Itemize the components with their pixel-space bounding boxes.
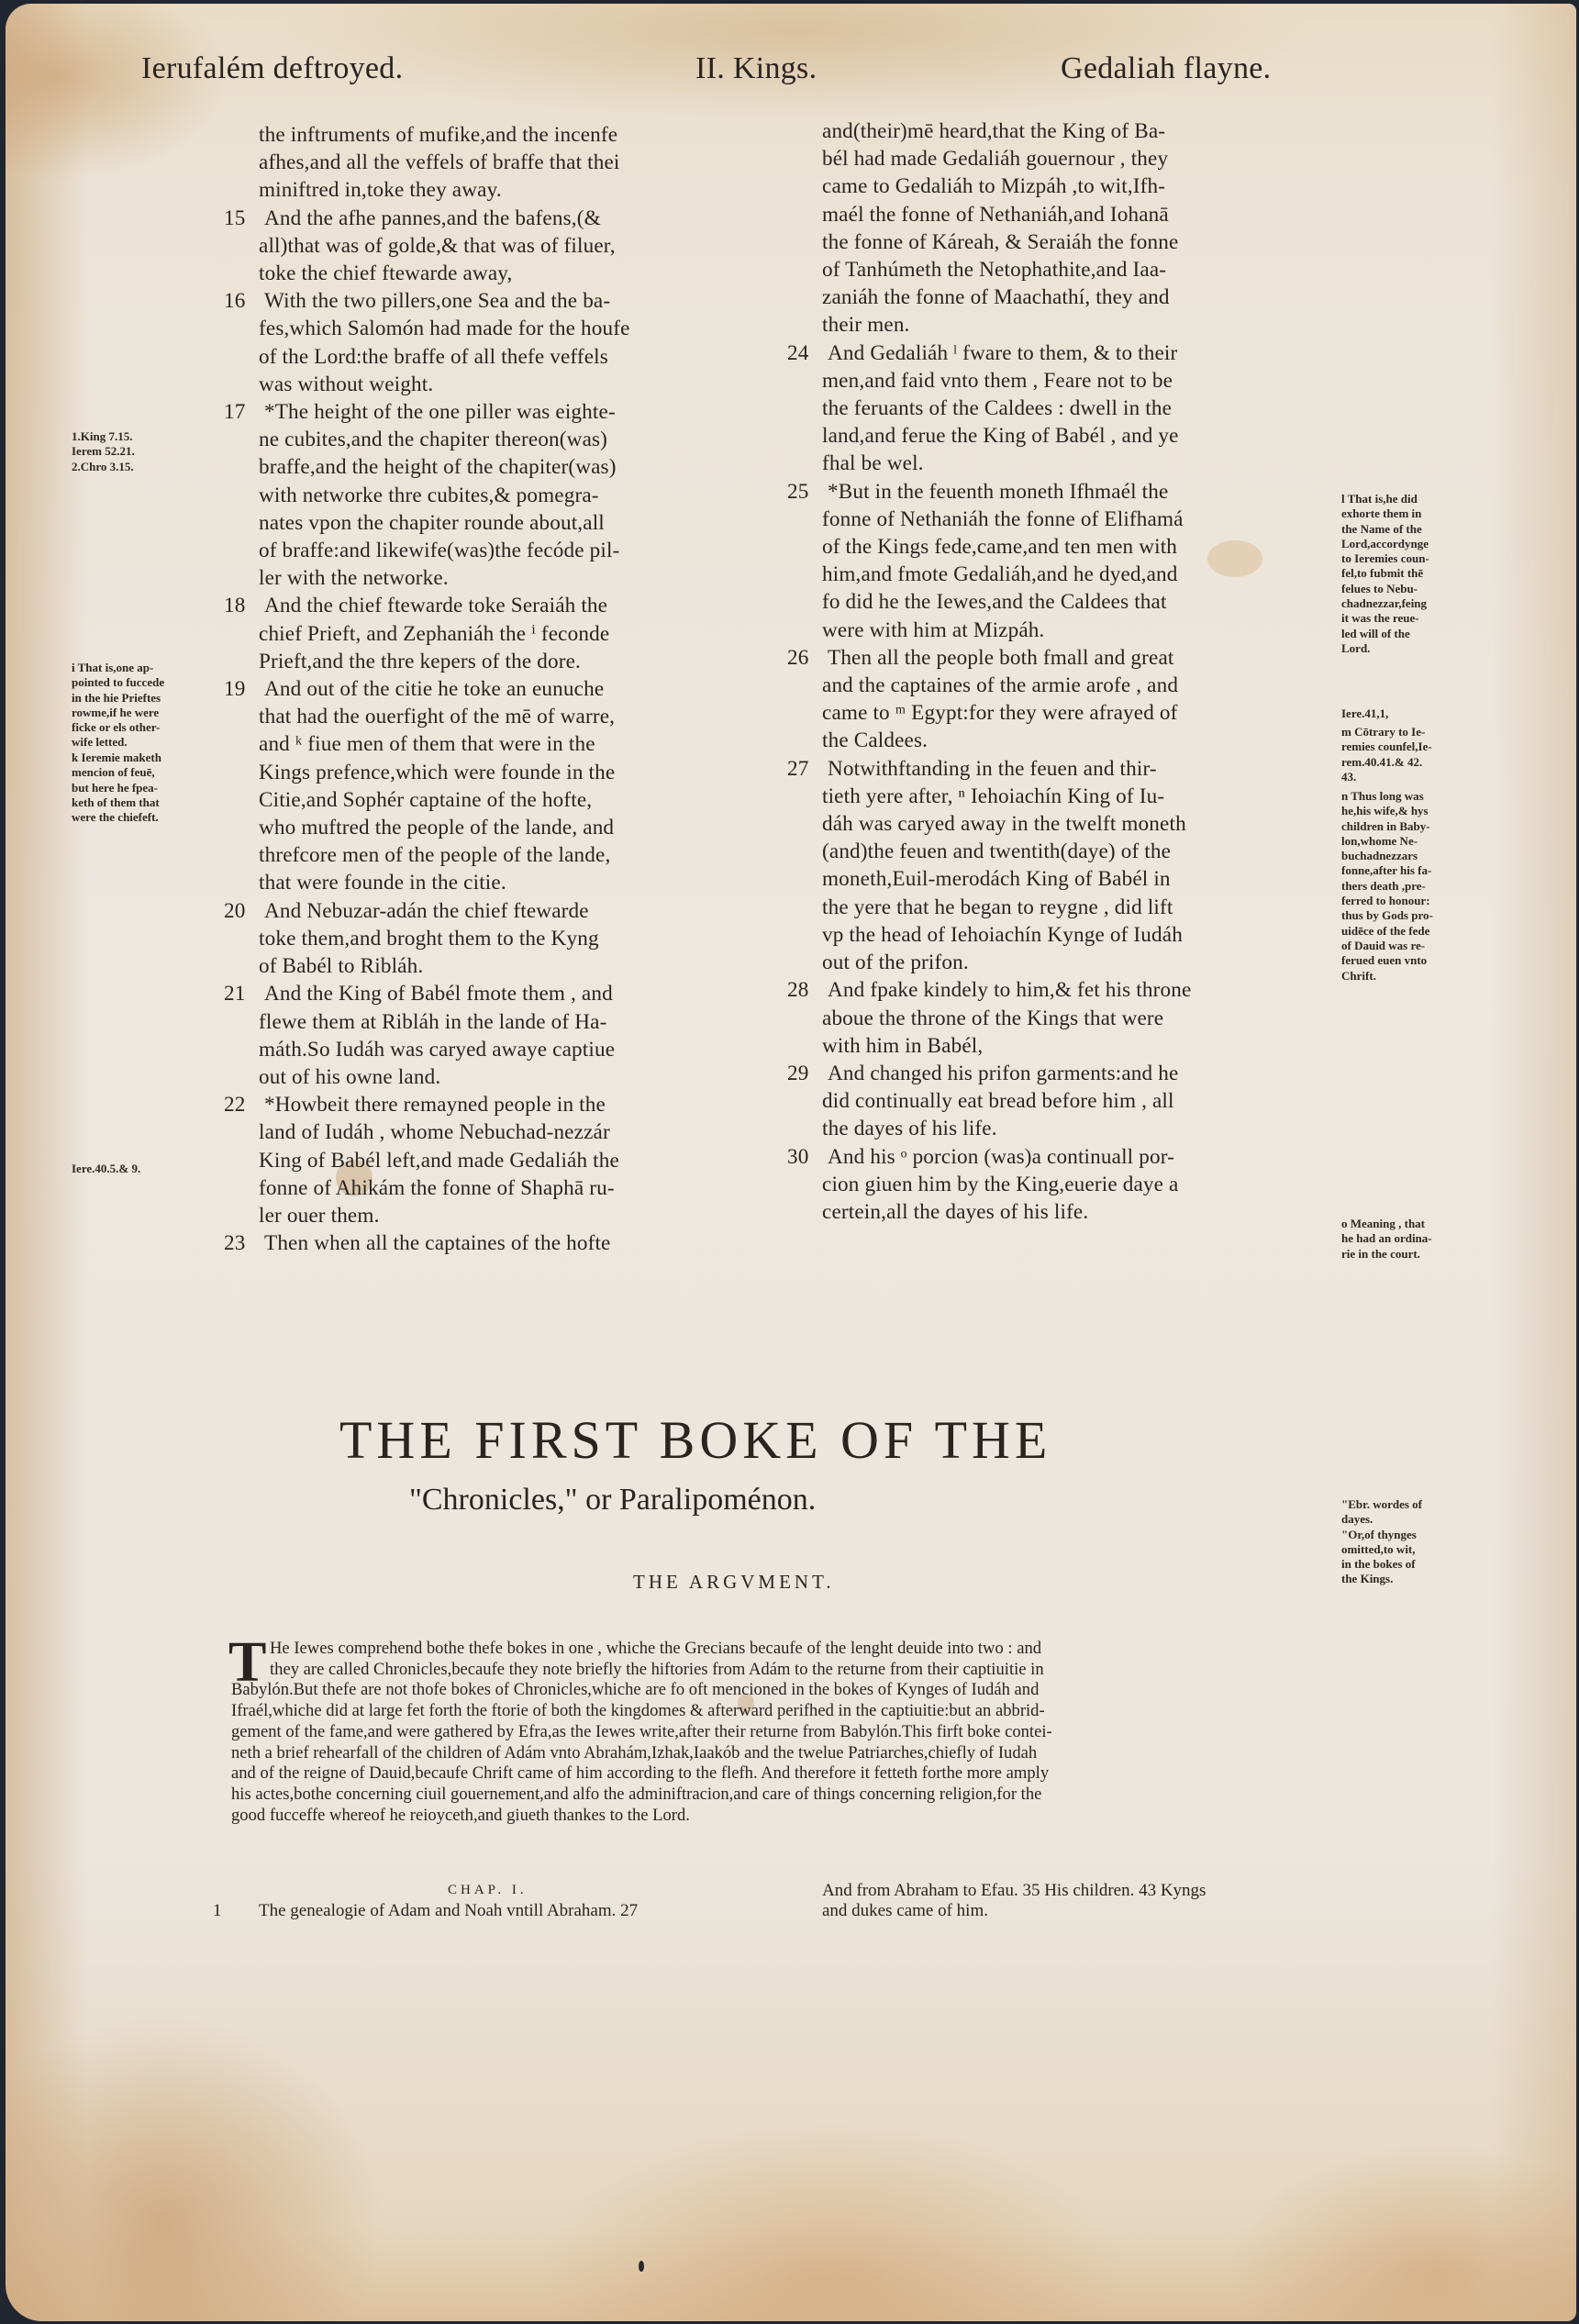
line-text: aboue the throne of the Kings that were [822,1006,1163,1030]
text-line: came to Gedaliáh to Mizpáh ,to wit,Ifh- [822,172,1191,200]
line-text: of Tanhúmeth the Netophathite,and Iaa- [822,258,1166,282]
verse-start-line: 17*The height of the one piller was eigh… [259,398,630,426]
line-text: Notwithftanding in the feuen and thir- [822,757,1157,781]
margin-note-k: k Ieremie maketh mencion of feuē, but he… [72,751,161,825]
margin-refs-verse-17: 1.King 7.15. Ierem 52.21. 2.Chro 3.15. [72,429,135,474]
line-text: was without weight. [259,373,433,396]
text-line: their men. [822,311,1191,339]
text-line: men,and faid vnto them , Feare not to be [822,367,1191,395]
line-text: And Gedaliáh ˡ fware to them, & to their [822,341,1177,365]
text-line: aboue the throne of the Kings that were [822,1005,1191,1032]
text-line: that had the ouerfight of the mē of warr… [259,703,630,730]
line-text: Kings prefence,which were founde in the [259,761,615,784]
text-line: certein,all the dayes of his life. [822,1198,1191,1226]
line-text: fes,which Salomón had made for the houfe [259,317,630,340]
margin-note-l: l That is,he did exhorte them in the Nam… [1341,492,1429,656]
text-line: chief Prieft, and Zephaniáh the ⁱ fecond… [259,620,630,648]
text-line: were with him at Mizpáh. [822,617,1191,644]
text-line: bél had made Gedaliáh gouernour , they [822,145,1191,172]
text-line: did continually eat bread before him , a… [822,1087,1191,1115]
verse-start-line: 25*But in the feuenth moneth Ifhmaél the [822,478,1191,506]
verse-number: 17 [224,398,251,426]
verse-start-line: 21And the King of Babél fmote them , and [259,980,630,1007]
text-line: of the Kings fede,came,and ten men with [822,533,1191,561]
verse-number: 29 [787,1060,815,1087]
stain [1207,540,1262,577]
line-text: And the chief ftewarde toke Seraiáh the [259,594,607,617]
verse-start-line: 23Then when all the captaines of the hof… [259,1229,630,1257]
text-line: tieth yere after, ⁿ Iehoiachín King of I… [822,783,1191,810]
chapter-summary-right: And from Abraham to Efau. 35 His childre… [822,1881,1206,1921]
line-text: with networke thre cubites,& pomegra- [259,484,599,507]
text-line: (and)the feuen and twentith(daye) of the [822,838,1191,865]
line-text: moneth,Euil-merodách King of Babél in [822,867,1171,891]
text-line: was without weight. [259,371,630,398]
line-text: Then all the people both fmall and great [822,646,1174,670]
verse-start-line: 27Notwithftanding in the feuen and thir- [822,755,1191,783]
text-line: nates vpon the chapiter rounde about,all [259,509,630,537]
line-text: land,and ferue the King of Babél , and y… [822,424,1179,448]
margin-note-o: o Meaning , that he had an ordina- rie i… [1341,1217,1432,1262]
line-text: Prieft,and the thre kepers of the dore. [259,650,581,673]
verse-number: 18 [224,592,251,619]
text-line: Citie,and Sophér captaine of the hofte, [259,786,630,814]
line-text: bél had made Gedaliáh gouernour , they [822,147,1168,171]
verse-number: 22 [224,1091,251,1118]
line-text: of the Lord:the braffe of all thefe veff… [259,345,608,369]
right-text-column: and(their)mē heard,that the King of Ba-b… [822,117,1191,1226]
line-text: all)that was of golde,& that was of filu… [259,234,616,258]
line-text: And fpake kindely to him,& fet his thron… [822,978,1191,1002]
chapter-heading: CHAP. I. [448,1883,528,1898]
text-line: miniftred in,toke they away. [259,176,630,204]
text-line: that were founde in the citie. [259,869,630,896]
line-text: the dayes of his life. [822,1117,997,1140]
line-text: out of his owne land. [259,1065,440,1089]
line-text: out of the prifon. [822,951,969,974]
line-text: ne cubites,and the chapiter thereon(was) [259,428,607,451]
text-line: and(their)mē heard,that the King of Ba- [822,117,1191,145]
text-line: him,and fmote Gedaliáh,and he dyed,and [822,561,1191,588]
text-line: who muftred the people of the lande, and [259,814,630,841]
line-text: fhal be wel. [822,451,924,475]
text-line: the inftruments of mufike,and the incenf… [259,121,630,149]
running-head-center: II. Kings. [695,51,817,86]
line-text: *Howbeit there remayned people in the [259,1093,606,1117]
argument-heading: THE ARGVMENT. [633,1571,835,1594]
verse-number: 21 [224,980,251,1007]
verse-number: 19 [224,675,251,703]
line-text: with him in Babél, [822,1034,983,1058]
verse-start-line: 18And the chief ftewarde toke Seraiáh th… [259,592,630,619]
line-text: And his ᵒ porcion (was)a continuall por- [822,1145,1174,1169]
line-text: toke the chief ftewarde away, [259,261,512,285]
text-line: cion giuen him by the King,euerie daye a [822,1171,1191,1198]
text-line: Prieft,and the thre kepers of the dore. [259,648,630,675]
line-text: dáh was caryed away in the twelft moneth [822,812,1186,836]
margin-note-i: i That is,one ap- pointed to fuccede in … [72,661,164,751]
text-line: dáh was caryed away in the twelft moneth [822,810,1191,838]
argument-paragraph: T He Iewes comprehend bothe thefe bokes … [231,1639,1351,1826]
line-text: of the Kings fede,came,and ten men with [822,535,1177,559]
text-line: fonne of Ahikám the fonne of Shaphā ru- [259,1174,630,1202]
margin-refs-verse-22: Iere.40.5.& 9. [72,1162,140,1176]
text-line: of braffe:and likewife(was)the fecóde pi… [259,537,630,564]
line-text: did continually eat bread before him , a… [822,1089,1174,1113]
line-text: and ᵏ fiue men of them that were in the [259,732,595,756]
line-text: tieth yere after, ⁿ Iehoiachín King of I… [822,784,1164,808]
text-line: ler ouer them. [259,1202,630,1229]
verse-number: 26 [787,644,815,672]
line-text: *The height of the one piller was eighte… [259,400,616,424]
text-line: fonne of Nethaniáh the fonne of Elifhamá [822,506,1191,533]
text-line: the feruants of the Caldees : dwell in t… [822,395,1191,422]
line-text: land of Iudáh , whome Nebuchad-nezzár [259,1120,610,1144]
verse-number: 28 [787,976,815,1004]
page-scan: Ierufalém deftroyed. II. Kings. Gedaliah… [6,4,1576,2321]
verse-start-line: 22*Howbeit there remayned people in the [259,1091,630,1118]
running-head-right: Gedaliah flayne. [1061,51,1271,86]
text-line: threfcore men of the people of the lande… [259,841,630,869]
verse-start-line: 19And out of the citie he toke an eunuch… [259,675,630,703]
text-line: afhes,and all the veffels of braffe that… [259,149,630,176]
text-line: out of the prifon. [822,949,1191,976]
verse-number: 24 [787,339,815,367]
line-text: certein,all the dayes of his life. [822,1200,1088,1224]
text-line: with him in Babél, [822,1032,1191,1060]
verse-number: 16 [224,287,251,315]
verse-start-line: 20And Nebuzar-adán the chief ftewarde [259,897,630,925]
line-text: the fonne of Káreah, & Seraiáh the fonne [822,230,1178,254]
ink-spot [639,2261,644,2272]
line-text: afhes,and all the veffels of braffe that… [259,150,619,174]
line-text: their men. [822,313,910,337]
verse-number: 15 [224,205,251,232]
line-text: cion giuen him by the King,euerie daye a [822,1173,1178,1196]
line-text: and the captaines of the armie arofe , a… [822,673,1178,697]
text-line: fes,which Salomón had made for the houfe [259,315,630,342]
verse-start-line: 29And changed his prifon garments:and he [822,1060,1191,1087]
book-title: THE FIRST BOKE OF THE [339,1409,1051,1471]
line-text: ler with the networke. [259,566,449,590]
text-line: land of Iudáh , whome Nebuchad-nezzár [259,1118,630,1146]
line-text: máth.So Iudáh was caryed awaye captiue [259,1038,615,1062]
line-text: maél the fonne of Nethaniáh,and Iohanā [822,203,1169,227]
verse-start-line: 30And his ᵒ porcion (was)a continuall po… [822,1143,1191,1171]
line-text: and(their)mē heard,that the King of Ba- [822,119,1165,143]
text-line: the Caldees. [822,727,1191,754]
line-text: were with him at Mizpáh. [822,618,1045,642]
book-subtitle: "Chronicles," or Paralipoménon. [409,1483,816,1518]
line-text: the yere that he began to reygne , did l… [822,895,1173,919]
line-text: the feruants of the Caldees : dwell in t… [822,396,1172,420]
text-line: the fonne of Káreah, & Seraiáh the fonne [822,228,1191,256]
line-text: fonne of Ahikám the fonne of Shaphā ru- [259,1176,615,1200]
text-line: and the captaines of the armie arofe , a… [822,672,1191,699]
line-text: men,and faid vnto them , Feare not to be [822,369,1173,393]
line-text: flewe them at Ribláh in the lande of Ha- [259,1010,606,1034]
running-head-left: Ierufalém deftroyed. [141,51,403,86]
line-text: And Nebuzar-adán the chief ftewarde [259,899,589,923]
text-line: Kings prefence,which were founde in the [259,759,630,786]
verse-number: 25 [787,478,815,506]
text-line: maél the fonne of Nethaniáh,and Iohanā [822,201,1191,228]
verse-number: 20 [224,897,251,925]
line-text: And the King of Babél fmote them , and [259,982,613,1006]
verse-number: 30 [787,1143,815,1171]
line-text: came to Gedaliáh to Mizpáh ,to wit,Ifh- [822,174,1165,198]
drop-cap: T [228,1639,266,1686]
margin-note-m: m Cōtrary to Ie- remies counfel,Ie- rem.… [1341,725,1432,784]
verse-start-line: 28And fpake kindely to him,& fet his thr… [822,976,1191,1004]
text-line: the yere that he began to reygne , did l… [822,894,1191,921]
text-line: came to ᵐ Egypt:for they were afrayed of [822,699,1191,727]
line-text: Then when all the captaines of the hofte [259,1231,611,1255]
text-line: flewe them at Ribláh in the lande of Ha- [259,1008,630,1036]
line-text: ler ouer them. [259,1204,380,1228]
text-line: braffe,and the height of the chapiter(wa… [259,453,630,481]
line-text: the inftruments of mufike,and the incenf… [259,123,617,147]
line-text: came to ᵐ Egypt:for they were afrayed of [822,701,1178,725]
margin-ref-verse-25: Iere.41,1, [1341,706,1388,721]
text-line: land,and ferue the King of Babél , and y… [822,422,1191,450]
line-text: zaniáh the fonne of Maachathí, they and [822,285,1170,309]
title-margin-notes: "Ebr. wordes of dayes. "Or,of thynges om… [1341,1497,1422,1587]
line-text: (and)the feuen and twentith(daye) of the [822,840,1171,863]
text-line: toke the chief ftewarde away, [259,260,630,287]
verse-number: 27 [787,755,815,783]
text-line: of Tanhúmeth the Netophathite,and Iaa- [822,256,1191,284]
line-text: him,and fmote Gedaliáh,and he dyed,and [822,562,1178,586]
text-line: with networke thre cubites,& pomegra- [259,482,630,509]
text-line: out of his owne land. [259,1063,630,1091]
line-text: And out of the citie he toke an eunuche [259,677,604,701]
line-text: Citie,and Sophér captaine of the hofte, [259,788,592,812]
line-text: of braffe:and likewife(was)the fecóde pi… [259,539,619,562]
text-line: and ᵏ fiue men of them that were in the [259,730,630,758]
line-text: that were founde in the citie. [259,871,506,895]
text-line: of the Lord:the braffe of all thefe veff… [259,343,630,371]
line-text: *But in the feuenth moneth Ifhmaél the [822,480,1168,504]
left-text-column: the inftruments of mufike,and the incenf… [259,121,630,1257]
line-text: fonne of Nethaniáh the fonne of Elifhamá [822,507,1184,531]
margin-note-n: n Thus long was he,his wife,& hys childr… [1341,789,1433,984]
text-line: zaniáh the fonne of Maachathí, they and [822,284,1191,311]
line-text: of Babél to Ribláh. [259,954,423,978]
text-line: the dayes of his life. [822,1115,1191,1142]
verse-start-line: 26Then all the people both fmall and gre… [822,644,1191,672]
text-line: máth.So Iudáh was caryed awaye captiue [259,1036,630,1063]
line-text: fo did he the Iewes,and the Caldees that [822,590,1167,614]
text-line: moneth,Euil-merodách King of Babél in [822,865,1191,893]
line-text: King of Babél left,and made Gedaliáh the [259,1149,619,1173]
line-text: chief Prieft, and Zephaniáh the ⁱ fecond… [259,622,609,646]
verse-number: 23 [224,1229,251,1257]
line-text: that had the ouerfight of the mē of warr… [259,705,615,728]
line-text: braffe,and the height of the chapiter(wa… [259,455,617,479]
text-line: ler with the networke. [259,564,630,592]
line-text: threfcore men of the people of the lande… [259,843,610,867]
line-text: who muftred the people of the lande, and [259,816,614,840]
text-line: toke them,and broght them to the Kyng [259,925,630,952]
line-text: And the afhe pannes,and the bafens,(& [259,206,601,230]
verse-start-line: 16With the two pillers,one Sea and the b… [259,287,630,315]
text-line: King of Babél left,and made Gedaliáh the [259,1147,630,1174]
line-text: And changed his prifon garments:and he [822,1062,1178,1085]
line-text: vp the head of Iehoiachín Kynge of Iudáh [822,923,1183,947]
verse-start-line: 24And Gedaliáh ˡ fware to them, & to the… [822,339,1191,367]
line-text: toke them,and broght them to the Kyng [259,927,599,951]
verse-start-line: 15And the afhe pannes,and the bafens,(& [259,205,630,232]
text-line: fhal be wel. [822,450,1191,477]
line-text: miniftred in,toke they away. [259,178,502,202]
text-line: of Babél to Ribláh. [259,952,630,980]
text-line: vp the head of Iehoiachín Kynge of Iudáh [822,921,1191,949]
chapter-summary-left: 1The genealogie of Adam and Noah vntill … [213,1901,638,1921]
text-line: ne cubites,and the chapiter thereon(was) [259,426,630,453]
line-text: With the two pillers,one Sea and the ba- [259,289,610,313]
text-line: all)that was of golde,& that was of filu… [259,232,630,260]
line-text: nates vpon the chapiter rounde about,all [259,511,605,535]
line-text: the Caldees. [822,728,928,752]
text-line: fo did he the Iewes,and the Caldees that [822,588,1191,616]
